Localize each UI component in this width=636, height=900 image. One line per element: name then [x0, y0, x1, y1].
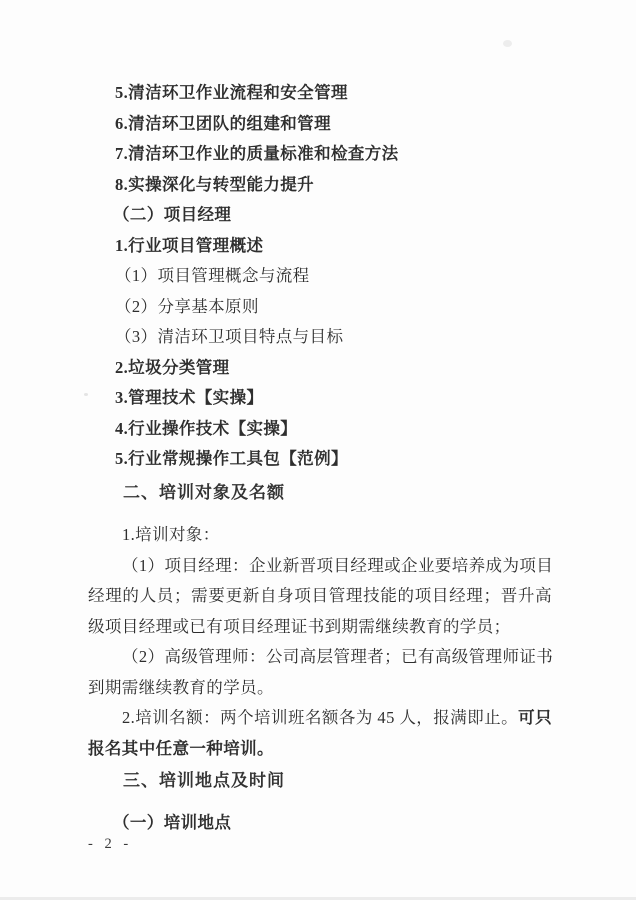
outline-item: 8.实操深化与转型能力提升: [88, 170, 552, 201]
paragraph-line: 级项目经理或已有项目经理证书到期需继续教育的学员；: [88, 612, 552, 643]
outline-item: 5.行业常规操作工具包【范例】: [88, 444, 552, 475]
paragraph-text: 2.培训名额：两个培训班名额各为 45 人，报满即止。: [122, 708, 518, 727]
outline-item: 2.垃圾分类管理: [88, 353, 552, 384]
outline-item: 3.管理技术【实操】: [88, 383, 552, 414]
outline-item: 5.清洁环卫作业流程和安全管理: [88, 78, 552, 109]
outline-item: 1.行业项目管理概述: [88, 231, 552, 262]
paragraph-text-bold: 可只: [518, 708, 552, 727]
page-number: - 2 -: [88, 836, 132, 853]
outline-item: 4.行业操作技术【实操】: [88, 414, 552, 445]
section-heading: 二、培训对象及名额: [88, 478, 552, 509]
outline-item: 7.清洁环卫作业的质量标准和检查方法: [88, 139, 552, 170]
paragraph-line: 经理的人员；需要更新自身项目管理技能的项目经理；晋升高: [88, 581, 552, 612]
scan-smudge: [503, 40, 512, 47]
paragraph-line: 1.培训对象：: [88, 520, 552, 551]
paragraph-line: 报名其中任意一种培训。: [88, 734, 552, 765]
paragraph-line: （2）高级管理师：公司高层管理者；已有高级管理师证书: [88, 642, 552, 673]
subsection-heading: （一）培训地点: [88, 808, 552, 839]
outline-subitem: （3）清洁环卫项目特点与目标: [88, 322, 552, 353]
outline-item: 6.清洁环卫团队的组建和管理: [88, 109, 552, 140]
paragraph-line: （1）项目经理：企业新晋项目经理或企业要培养成为项目: [88, 551, 552, 582]
paragraph-line: 到期需继续教育的学员。: [88, 673, 552, 704]
section-heading: 三、培训地点及时间: [88, 766, 552, 797]
outline-subitem: （2）分享基本原则: [88, 292, 552, 323]
paragraph-line: 2.培训名额：两个培训班名额各为 45 人，报满即止。可只: [88, 703, 552, 734]
document-body: 5.清洁环卫作业流程和安全管理 6.清洁环卫团队的组建和管理 7.清洁环卫作业的…: [88, 78, 552, 838]
document-page: 5.清洁环卫作业流程和安全管理 6.清洁环卫团队的组建和管理 7.清洁环卫作业的…: [0, 0, 636, 900]
subsection-heading: （二）项目经理: [88, 200, 552, 231]
outline-subitem: （1）项目管理概念与流程: [88, 261, 552, 292]
